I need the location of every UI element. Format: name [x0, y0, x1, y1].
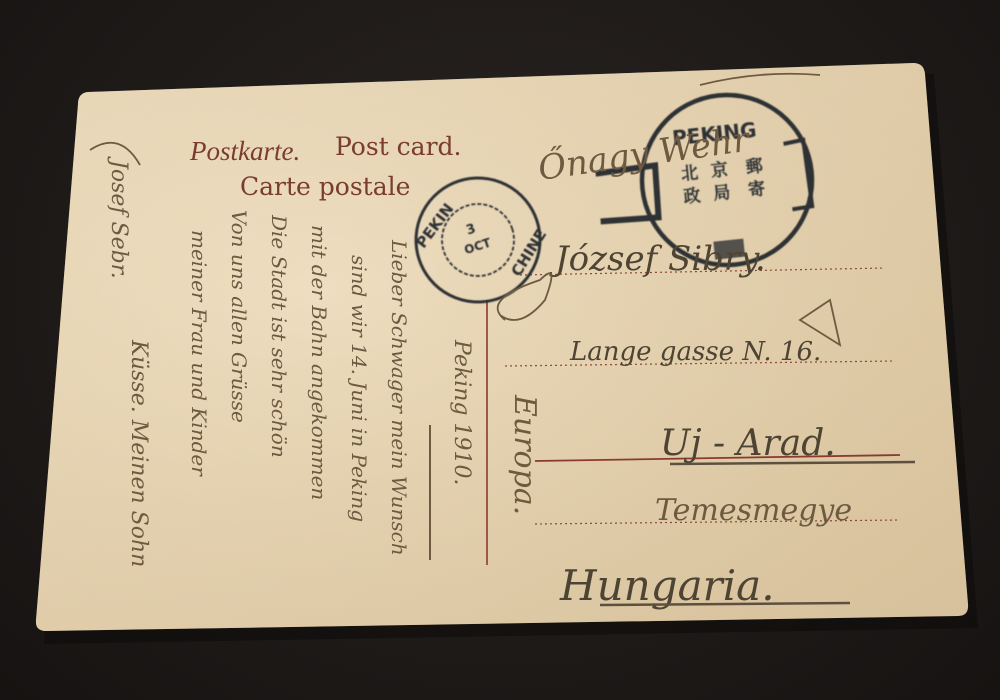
message-line: Die Stadt ist sehr schön — [267, 214, 291, 458]
header-german: Postkarte. — [189, 136, 300, 166]
header-english: Post card. — [335, 132, 462, 161]
header-french: Carte postale — [240, 172, 410, 201]
address-via: Europa. — [507, 394, 542, 515]
svg-text:寄: 寄 — [747, 178, 766, 201]
photo-scene: Postkarte. Post card. Carte postale PEKI… — [0, 0, 1000, 700]
message-line: meiner Frau und Kinder — [187, 230, 211, 477]
message-date: Peking 1910. — [449, 339, 474, 485]
svg-text:政: 政 — [682, 185, 701, 208]
message-line: Lieber Schwager mein Wunsch — [387, 239, 411, 556]
message-line: Von uns allen Grüsse — [227, 210, 251, 423]
address-name: József Sibry. — [549, 239, 766, 279]
svg-text:局: 局 — [712, 183, 731, 205]
message-line: Küsse. Meinen Sohn — [126, 339, 151, 567]
address-city: Uj - Arad. — [660, 423, 836, 464]
address-street: Lange gasse N. 16. — [569, 337, 821, 367]
message-signature: Josef Sebr. — [106, 156, 131, 279]
address-county: Temesmegye — [655, 493, 852, 528]
message-line: sind wir 14. Juni in Peking — [347, 255, 371, 522]
message-line: mit der Bahn angekommen — [307, 225, 331, 500]
postcard: Postkarte. Post card. Carte postale PEKI… — [0, 0, 1000, 700]
